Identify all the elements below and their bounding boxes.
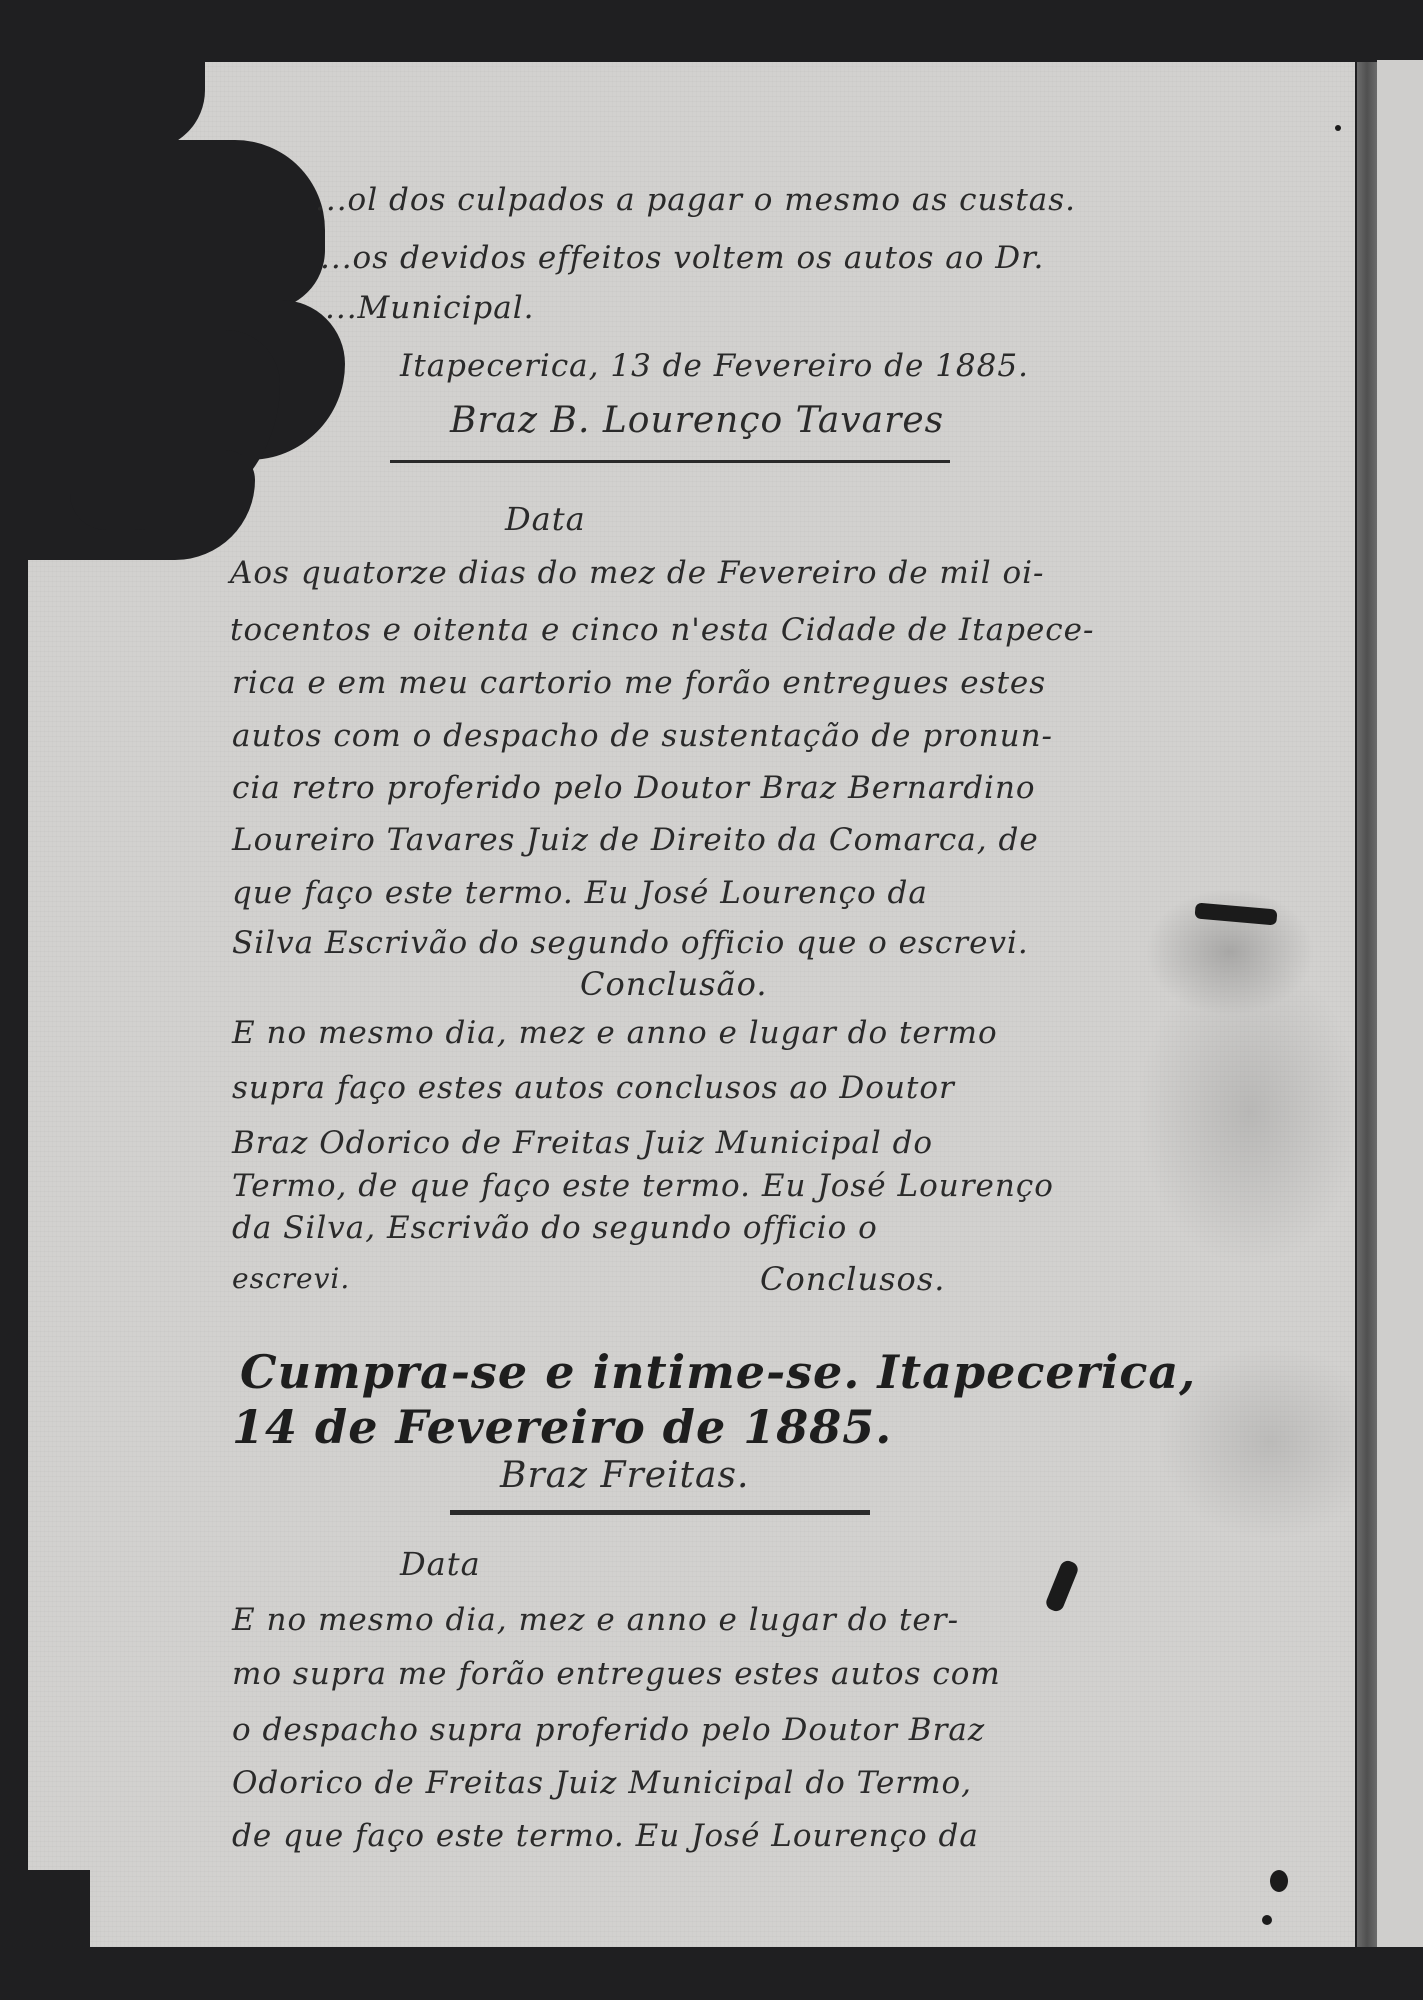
adjacent-page-edge (1377, 60, 1423, 1947)
scan-background (0, 1947, 1423, 2000)
ink-blot (1262, 1915, 1272, 1925)
signature-flourish (390, 460, 950, 463)
closing-note: Conclusos. (760, 1260, 945, 1298)
section-heading: Data (400, 1545, 481, 1583)
text-line: Silva Escrivão do segundo officio que o … (232, 925, 1029, 961)
text-line: da Silva, Escrivão do segundo officio o (232, 1210, 878, 1246)
ink-blot (1335, 125, 1341, 131)
text-line: rica e em meu cartorio me forão entregue… (232, 665, 1046, 701)
text-line: Termo, de que faço este termo. Eu José L… (232, 1168, 1054, 1204)
section-heading: Conclusão. (580, 965, 768, 1003)
judge-signature: Braz Freitas. (500, 1455, 749, 1496)
text-line: E no mesmo dia, mez e anno e lugar do te… (232, 1602, 959, 1638)
text-line: ...ol dos culpados a pagar o mesmo as cu… (315, 182, 1076, 218)
text-line: ...Municipal. (325, 290, 535, 326)
text-line: supra faço estes autos conclusos ao Dout… (232, 1070, 955, 1106)
manuscript-scan: ...ol dos culpados a pagar o mesmo as cu… (0, 0, 1423, 2000)
text-line: autos com o despacho de sustentação de p… (232, 718, 1053, 754)
torn-edge (0, 560, 28, 2000)
text-line: de que faço este termo. Eu José Lourenço… (232, 1818, 979, 1854)
text-line: escrevi. (232, 1262, 350, 1295)
text-line: que faço este termo. Eu José Lourenço da (232, 875, 928, 911)
text-line: tocentos e oitenta e cinco n'esta Cidade… (230, 612, 1094, 648)
signature: Braz B. Lourenço Tavares (450, 400, 944, 441)
text-line: Aos quatorze dias do mez de Fevereiro de… (230, 555, 1045, 591)
ink-blot (1270, 1870, 1288, 1892)
order-line: Cumpra-se e intime-se. Itapecerica, (240, 1345, 1196, 1399)
signature-flourish (450, 1510, 870, 1515)
section-heading: Data (505, 500, 586, 538)
binding-gutter (1357, 62, 1377, 1947)
text-line: ...os devidos effeitos voltem os autos a… (320, 240, 1044, 276)
order-date: 14 de Fevereiro de 1885. (232, 1400, 892, 1454)
text-line: Braz Odorico de Freitas Juiz Municipal d… (232, 1125, 933, 1161)
torn-edge (145, 140, 325, 310)
text-line: Loureiro Tavares Juiz de Direito da Coma… (232, 822, 1039, 858)
text-line: E no mesmo dia, mez e anno e lugar do te… (232, 1015, 998, 1051)
text-line: cia retro proferido pelo Doutor Braz Ber… (232, 770, 1036, 806)
text-line: mo supra me forão entregues estes autos … (232, 1656, 1001, 1692)
place-date: Itapecerica, 13 de Fevereiro de 1885. (400, 348, 1029, 384)
text-line: Odorico de Freitas Juiz Municipal do Ter… (232, 1765, 972, 1801)
text-line: o despacho supra proferido pelo Doutor B… (232, 1712, 985, 1748)
